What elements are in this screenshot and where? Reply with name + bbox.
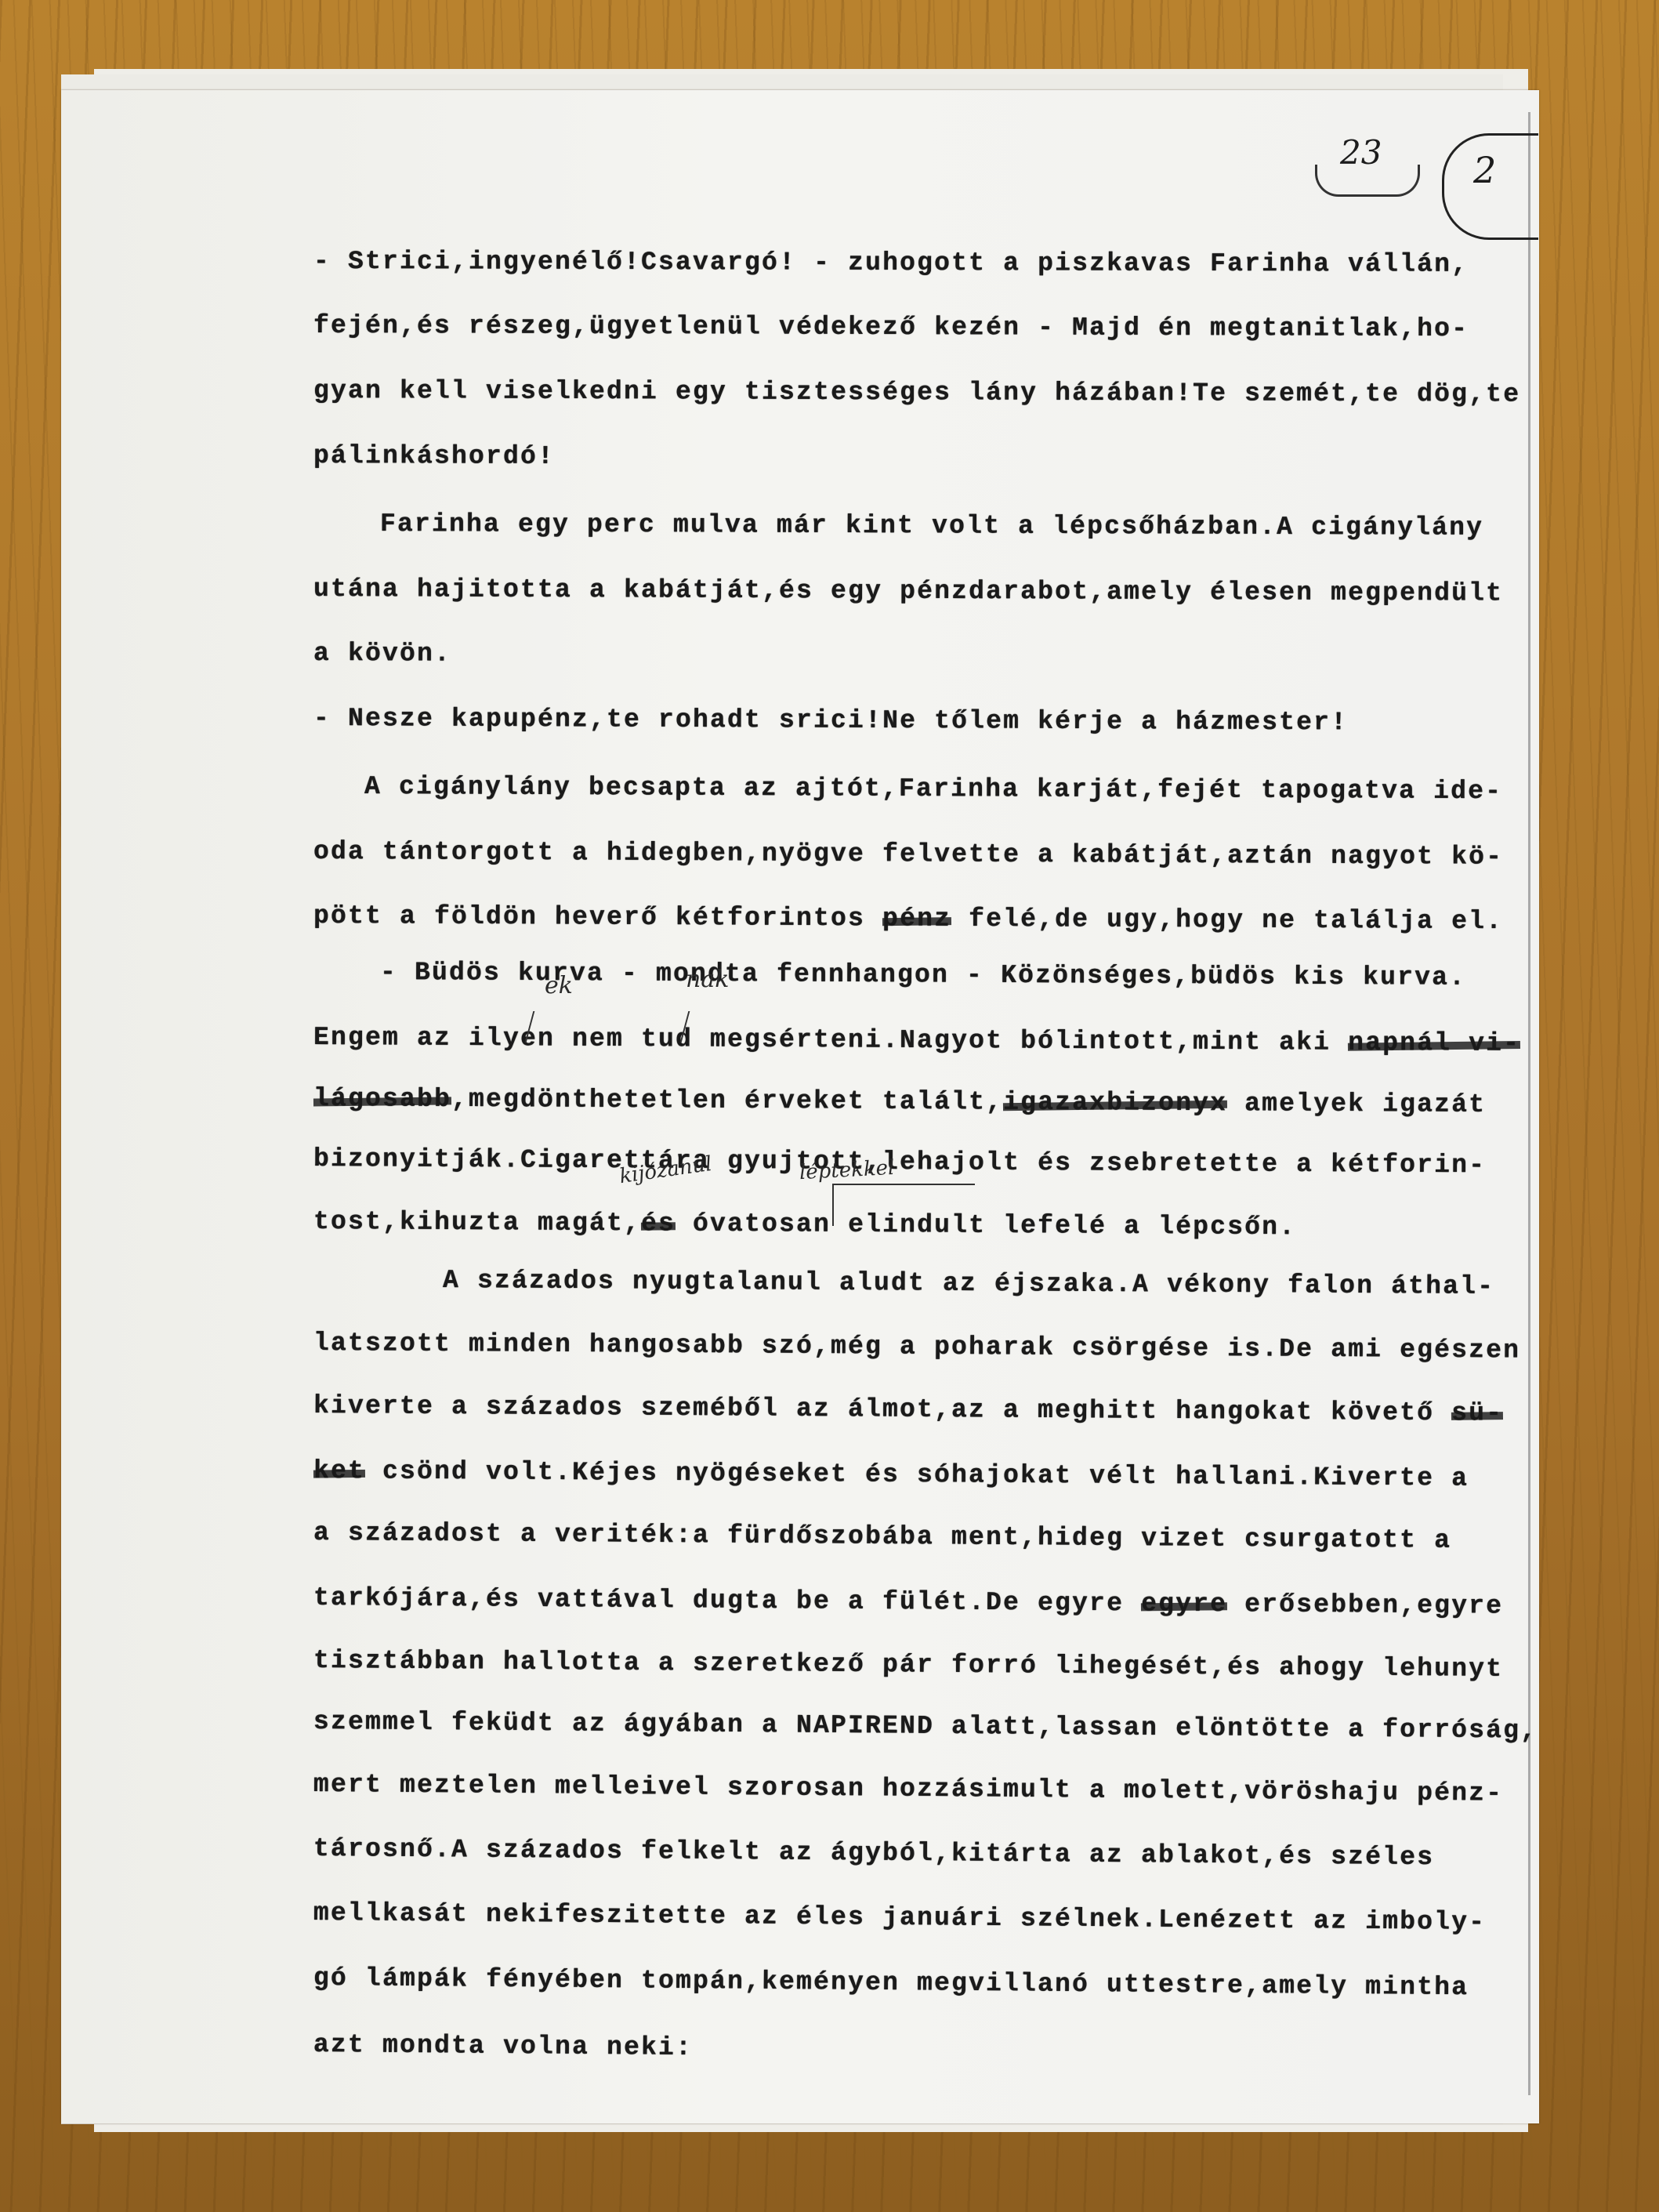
text-segment: tost,kihuzta magát,: [313, 1207, 641, 1238]
text-segment: - Strici,ingyenélő!Csavargó! - zuhogott …: [313, 247, 1469, 279]
text-segment: Engem az ilyen nem tud megsérteni.Nagyot…: [313, 1023, 1348, 1057]
text-segment: gyan kell viselkedni egy tisztességes lá…: [313, 376, 1520, 409]
struck-text: lágosabb: [313, 1084, 451, 1114]
text-line: gyan kell viselkedni egy tisztességes lá…: [313, 376, 1520, 409]
struck-text: sü-: [1451, 1398, 1503, 1427]
handwritten-insertion: nak: [686, 966, 729, 993]
text-segment: A cigánylány becsapta az ajtót,Farinha k…: [364, 772, 1502, 806]
text-line: - Strici,ingyenélő!Csavargó! - zuhogott …: [313, 247, 1469, 279]
text-line: pött a földön heverő kétforintos pénz fe…: [313, 901, 1503, 936]
text-line: azt mondta volna neki:: [313, 2030, 693, 2062]
text-line: oda tántorgott a hidegben,nyögve felvett…: [313, 837, 1503, 872]
struck-text: napnál vi-: [1348, 1028, 1520, 1058]
text-segment: ,megdönthetetlen érveket talált,: [451, 1085, 1003, 1117]
text-segment: tarkójára,és vattával dugta be a fülét.D…: [313, 1583, 1141, 1618]
text-line: a kövön.: [313, 639, 451, 669]
struck-text: igazaxbizonyx: [1003, 1088, 1227, 1119]
text-segment: pálinkáshordó!: [313, 441, 555, 471]
sheet-edge: [1528, 112, 1530, 2095]
text-line: pálinkáshordó!: [313, 441, 555, 471]
text-segment: amelyek igazát: [1227, 1089, 1486, 1119]
text-segment: utána hajitotta a kabátját,és egy pénzda…: [313, 575, 1503, 608]
text-line: - Nesze kapupénz,te rohadt srici!Ne tőle…: [313, 704, 1348, 737]
struck-text: egyre: [1141, 1589, 1227, 1619]
text-segment: erősebben,egyre: [1227, 1590, 1503, 1620]
struck-text: és: [641, 1209, 676, 1238]
text-line: - Büdös kurva - mondta fennhangon - Közö…: [380, 958, 1466, 992]
text-segment: Farinha egy perc mulva már kint volt a l…: [380, 509, 1483, 542]
text-line: A cigánylány becsapta az ajtót,Farinha k…: [364, 772, 1502, 806]
handwritten-insertion: léptekkel: [799, 1156, 895, 1184]
text-line: Farinha egy perc mulva már kint volt a l…: [380, 509, 1483, 542]
text-line: fején,és részeg,ügyetlenül védekező kezé…: [313, 311, 1469, 343]
text-line: utána hajitotta a kabátját,és egy pénzda…: [313, 575, 1503, 608]
text-segment: azt mondta volna neki:: [313, 2030, 693, 2062]
text-segment: pött a földön heverő kétforintos: [313, 901, 882, 933]
struck-text: ket: [313, 1456, 365, 1485]
handwritten-insertion: ek: [545, 972, 573, 999]
text-line: tost,kihuzta magát,és óvatosan elindult …: [313, 1207, 1296, 1242]
text-segment: a kövön.: [313, 639, 451, 669]
text-segment: fején,és részeg,ügyetlenül védekező kezé…: [313, 311, 1469, 343]
text-segment: - Büdös kurva - mondta fennhangon - Közö…: [380, 958, 1466, 992]
struck-text: pénz: [882, 904, 951, 933]
text-segment: felé,de ugy,hogy ne találja el.: [951, 905, 1503, 936]
page-number-left: 23: [1340, 133, 1382, 172]
page-number-right: 2: [1473, 149, 1496, 191]
text-segment: - Nesze kapupénz,te rohadt srici!Ne tőle…: [313, 704, 1348, 737]
text-segment: oda tántorgott a hidegben,nyögve felvett…: [313, 837, 1503, 872]
insertion-bracket: [832, 1184, 975, 1226]
text-segment: óvatosan: [676, 1209, 848, 1239]
text-line: Engem az ilyen nem tud megsérteni.Nagyot…: [313, 1023, 1520, 1058]
